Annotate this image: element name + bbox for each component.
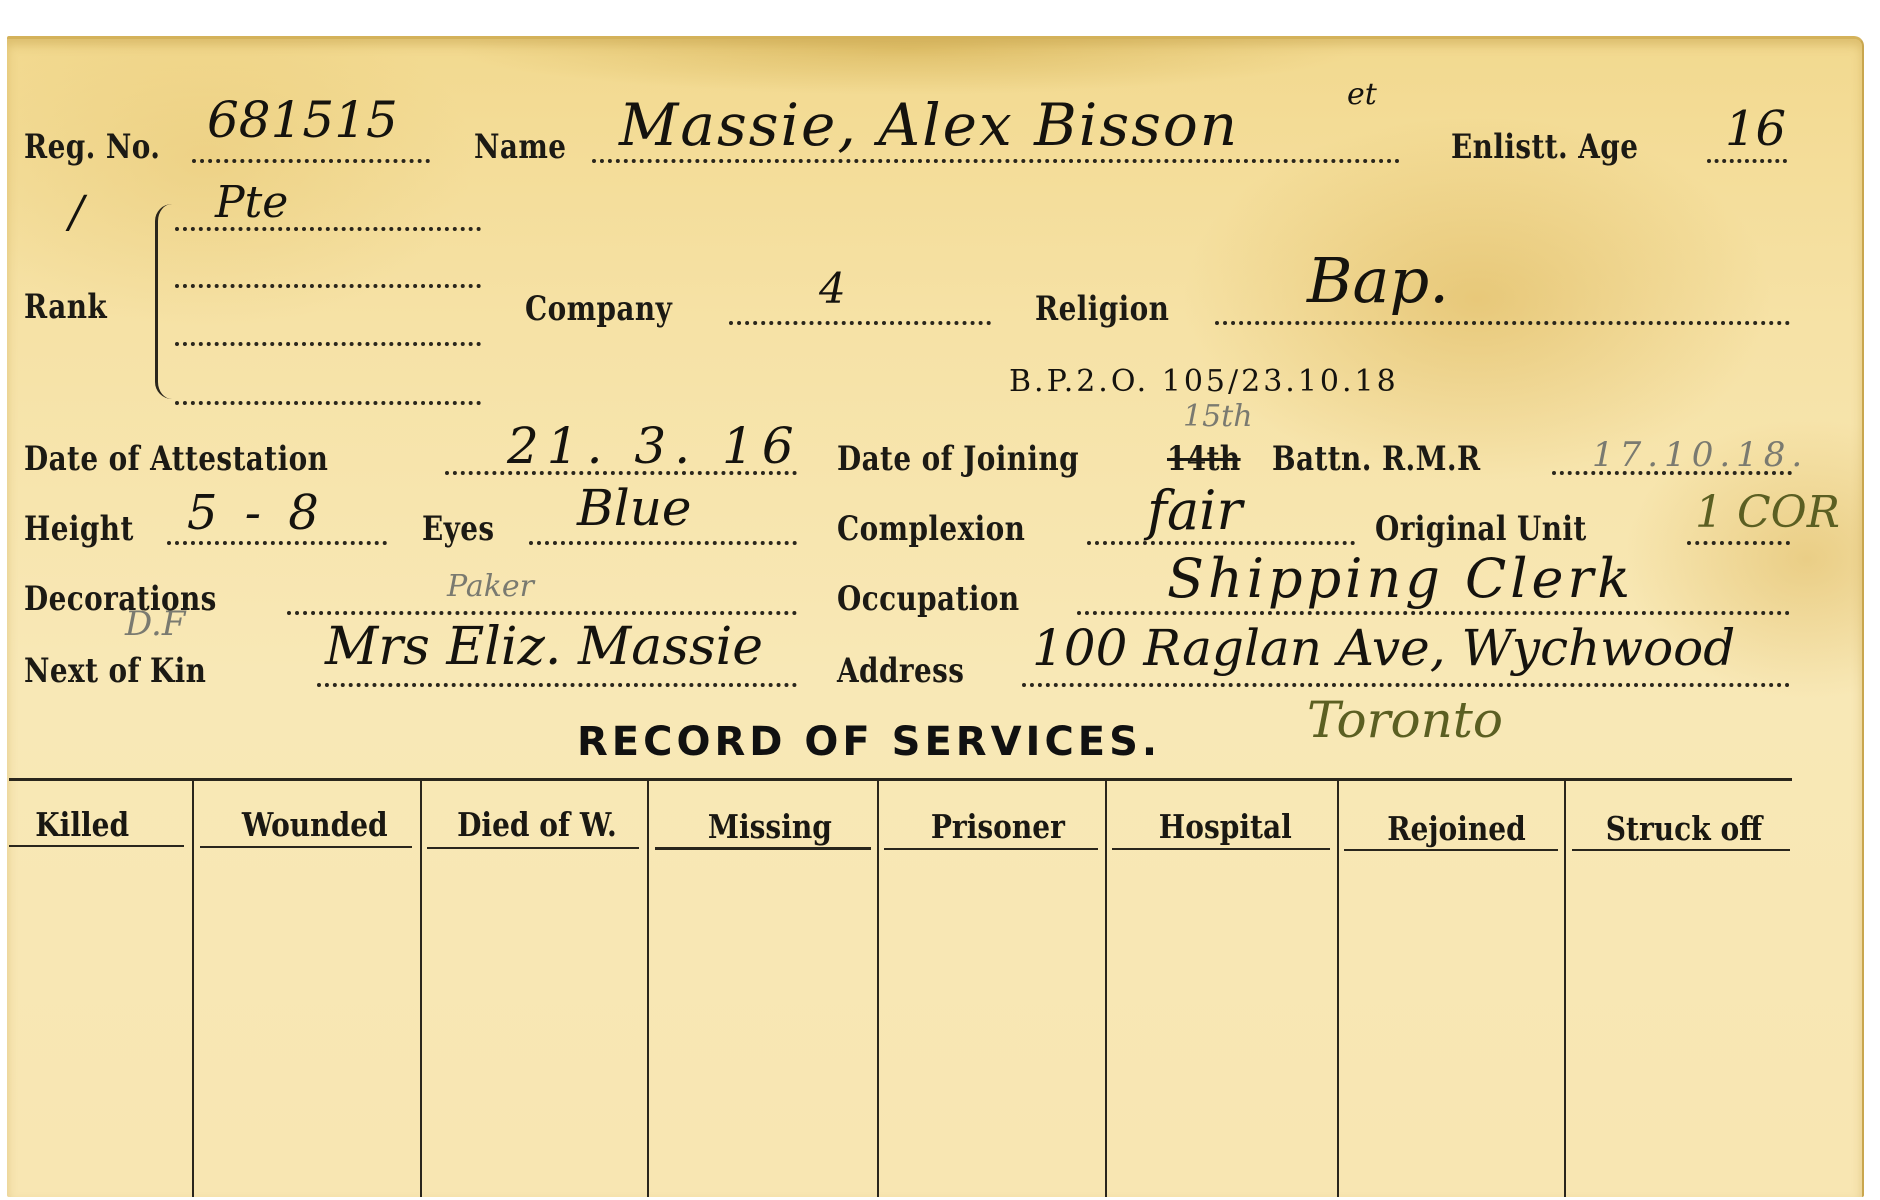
address-value: 100 Raglan Ave, Wychwood [1032,619,1735,677]
date-of-joining-value: 17.10.18. [1592,435,1808,475]
date-of-attestation-label: Date of Attestation [24,439,328,479]
name-value: Massie, Alex Bisson [619,91,1239,159]
column-divider-3 [647,780,649,1197]
address-dots [1022,683,1790,687]
column-divider-2 [420,780,422,1197]
posting-note: B.P.2.O. 105/23.10.18 [1009,364,1399,399]
record-of-services-title: RECORD OF SERVICES. [577,719,1161,765]
header-rule-missing [655,847,871,850]
decorations-value: Paker [447,569,534,604]
column-divider-6 [1337,780,1339,1197]
header-rule-died [427,847,639,849]
decorations-dots [287,611,797,615]
rank-margin-mark: / [69,187,84,238]
company-value: 4 [819,264,846,313]
header-rule-struck-off [1572,849,1790,851]
occupation-dots [1077,611,1790,615]
height-value: 5 - 8 [187,485,325,541]
reg-no-dots [192,159,430,163]
rank-label: Rank [24,287,107,327]
next-of-kin-annotation: D.F [125,604,185,644]
next-of-kin-dots [317,683,797,687]
service-record-card: Reg. No. 681515 Name Massie, Alex Bisson… [7,36,1864,1197]
column-header-rejoined: Rejoined [1387,809,1526,848]
next-of-kin-label: Next of Kin [24,651,206,691]
header-rule-wounded [200,846,412,848]
eyes-label: Eyes [422,509,495,549]
enlist-age-value: 16 [1725,101,1786,157]
header-rule-rejoined [1344,849,1558,851]
address-value-line2: Toronto [1307,691,1503,749]
header-rule-prisoner [884,848,1098,850]
column-header-wounded: Wounded [242,805,388,844]
religion-dots [1215,321,1790,325]
column-header-died-of-wounds: Died of W. [457,805,617,844]
enlist-age-dots [1707,159,1787,163]
name-superscript: et [1347,77,1377,112]
rank-dots-2 [175,284,481,288]
column-header-hospital: Hospital [1159,807,1292,846]
battalion-label: Battn. R.M.R [1272,439,1481,479]
complexion-value: fair [1147,479,1242,542]
column-divider-1 [192,780,194,1197]
original-unit-dots [1687,541,1790,545]
column-divider-5 [1105,780,1107,1197]
religion-value: Bap. [1307,244,1449,317]
eyes-value: Blue [577,479,692,537]
name-dots [592,159,1400,163]
header-rule-hospital [1112,848,1330,850]
column-header-missing: Missing [708,807,832,846]
occupation-label: Occupation [837,579,1020,619]
enlist-age-label: Enlistt. Age [1451,127,1638,167]
complexion-label: Complexion [837,509,1025,549]
reg-no-label: Reg. No. [24,127,160,167]
date-of-joining-correction: 15th [1183,399,1253,434]
column-header-prisoner: Prisoner [931,807,1065,846]
original-unit-label: Original Unit [1375,509,1587,549]
company-dots [729,321,991,325]
rank-dots-1 [175,227,481,231]
address-label: Address [837,651,964,691]
original-unit-value: 1 COR [1695,487,1840,538]
header-rule-killed [9,845,184,847]
column-header-struck-off: Struck off [1606,809,1762,848]
decorations-label: Decorations [24,579,217,619]
height-label: Height [24,509,134,549]
date-of-attestation-value: 21. 3. 16 [507,417,802,475]
name-label: Name [474,127,566,167]
column-divider-4 [877,780,879,1197]
table-top-rule [9,778,1792,781]
eyes-dots [529,541,797,545]
next-of-kin-value: Mrs Eliz. Massie [325,617,763,677]
rank-value: Pte [215,177,288,228]
rank-dots-3 [175,342,481,346]
reg-no-value: 681515 [207,91,398,149]
column-header-killed: Killed [35,805,129,844]
company-label: Company [525,289,672,329]
rank-dots-4 [175,401,481,405]
height-dots [167,541,387,545]
date-of-joining-label: Date of Joining [837,439,1079,479]
date-of-joining-struck-ordinal: 14th [1167,439,1241,479]
rank-brace [155,204,172,399]
occupation-value: Shipping Clerk [1167,547,1634,610]
religion-label: Religion [1035,289,1169,329]
column-divider-7 [1564,780,1566,1197]
